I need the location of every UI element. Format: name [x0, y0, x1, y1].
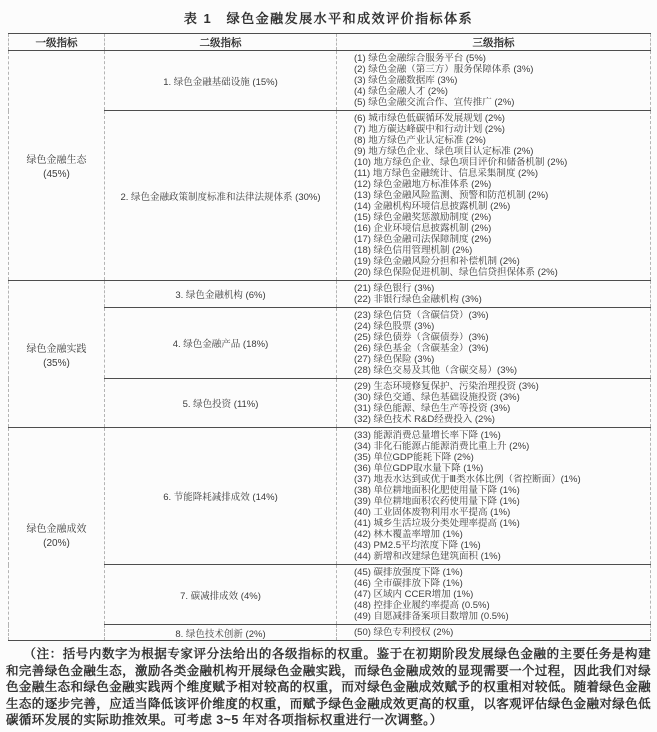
level3-indicator: (28) 绿色交易及其他（含碳交易）(3%) [354, 365, 648, 376]
level3-indicator: (15) 绿色金融奖惩激励制度 (2%) [354, 212, 648, 223]
level3-indicator: (44) 新增和改建绿色建筑面积 (1%) [354, 551, 648, 562]
table-row-block5: 5. 绿色投资 (11%) (29) 生态环境修复保护、污染治理投资 (3%)(… [9, 379, 651, 428]
level3-indicator: (3) 绿色金融数据库 (3%) [354, 75, 648, 86]
level1-cell-practice: 绿色金融实践 (35%) [9, 281, 105, 428]
level3-indicator: (11) 地方绿色金融统计、信息采集制度 (2%) [354, 168, 648, 179]
level1-label: 绿色金融生态 [9, 151, 104, 166]
level1-label: 绿色金融实践 [9, 340, 104, 355]
table-row-block6: 绿色金融成效 (20%) 6. 节能降耗减排成效 (14%) (33) 能源消费… [9, 428, 651, 565]
level3-indicator: (2) 绿色金融（第三方）服务保障体系 (3%) [354, 64, 648, 75]
level1-cell-effect: 绿色金融成效 (20%) [9, 428, 105, 641]
level1-weight: (45%) [9, 169, 104, 180]
level3-cell-policy: (6) 城市绿色低碳循环发展规划 (2%)(7) 地方碳达峰碳中和行动计划 (2… [337, 111, 651, 281]
level3-indicator: (8) 地方绿色产业认定标准 (2%) [354, 135, 648, 146]
column-header-level1: 一级指标 [9, 34, 105, 51]
level3-indicator: (13) 绿色金融风险监测、预警和防范机制 (2%) [354, 190, 648, 201]
column-header-level2: 二级指标 [105, 34, 337, 51]
level3-indicator: (26) 绿色基金（含碳基金）(3%) [354, 343, 648, 354]
level3-indicator: (50) 绿色专利授权 (2%) [354, 627, 648, 638]
level3-indicator: (9) 地方绿色企业、绿色项目认定标准 (2%) [354, 146, 648, 157]
level3-indicator: (27) 绿色保险 (3%) [354, 354, 648, 365]
table-row-block8: 8. 绿色技术创新 (2%) (50) 绿色专利授权 (2%) [9, 625, 651, 641]
level3-cell-tech-innovation: (50) 绿色专利授权 (2%) [337, 625, 651, 641]
level3-indicator: (33) 能源消费总量增长率下降 (1%) [354, 430, 648, 441]
level3-indicator: (10) 地方绿色企业、绿色项目评价和储备机制 (2%) [354, 157, 648, 168]
level2-cell-investment: 5. 绿色投资 (11%) [105, 379, 337, 428]
table-row-block4: 4. 绿色金融产品 (18%) (23) 绿色信贷（含碳信贷）(3%)(24) … [9, 308, 651, 379]
level1-label: 绿色金融成效 [9, 520, 104, 535]
level3-indicator: (32) 绿色技术 R&D经费投入 (2%) [354, 414, 648, 425]
level2-cell-energy-saving: 6. 节能降耗减排成效 (14%) [105, 428, 337, 565]
level3-indicator: (35) 单位GDP能耗下降 (2%) [354, 452, 648, 463]
level1-cell-ecology: 绿色金融生态 (45%) [9, 51, 105, 281]
level3-indicator: (6) 城市绿色低碳循环发展规划 (2%) [354, 113, 648, 124]
table-row-block1: 绿色金融生态 (45%) 1. 绿色金融基础设施 (15%) (1) 绿色金融综… [9, 51, 651, 111]
level3-indicator: (42) 林木覆盖率增加 (1%) [354, 529, 648, 540]
level1-weight: (35%) [9, 358, 104, 369]
level3-indicator: (38) 单位耕地面积化肥使用量下降 (1%) [354, 485, 648, 496]
level3-indicator: (24) 绿色股票 (3%) [354, 321, 648, 332]
level3-indicator: (49) 自愿减排备案项目数增加 (0.5%) [354, 611, 648, 622]
level2-cell-institutions: 3. 绿色金融机构 (6%) [105, 281, 337, 308]
level3-cell-institutions: (21) 绿色银行 (3%)(22) 非银行绿色金融机构 (3%) [337, 281, 651, 308]
level3-indicator: (48) 控排企业履约率提高 (0.5%) [354, 600, 648, 611]
table-row-block7: 7. 碳减排成效 (4%) (45) 碳排放强度下降 (1%)(46) 全市碳排… [9, 565, 651, 625]
level3-cell-carbon-reduction: (45) 碳排放强度下降 (1%)(46) 全市碳排放下降 (1%)(47) 区… [337, 565, 651, 625]
level3-indicator: (37) 地表水达到或优于Ⅲ类水体比例（省控断面）(1%) [354, 474, 648, 485]
level3-indicator: (5) 绿色金融交流合作、宣传推广 (2%) [354, 97, 648, 108]
level3-cell-products: (23) 绿色信贷（含碳信贷）(3%)(24) 绿色股票 (3%)(25) 绿色… [337, 308, 651, 379]
table-footnote: （注：括号内数字为根据专家评分法给出的各级指标的权重。鉴于在初期阶段发展绿色金融… [6, 646, 651, 729]
level3-cell-infrastructure: (1) 绿色金融综合服务平台 (5%)(2) 绿色金融（第三方）服务保障体系 (… [337, 51, 651, 111]
table-row-block2: 2. 绿色金融政策制度标准和法律法规体系 (30%) (6) 城市绿色低碳循环发… [9, 111, 651, 281]
column-header-level3: 三级指标 [337, 34, 651, 51]
level3-indicator: (47) 区域内 CCER增加 (1%) [354, 589, 648, 600]
level2-cell-infrastructure: 1. 绿色金融基础设施 (15%) [105, 51, 337, 111]
level3-indicator: (40) 工业固体废物利用水平提高 (1%) [354, 507, 648, 518]
level3-indicator: (29) 生态环境修复保护、污染治理投资 (3%) [354, 381, 648, 392]
level3-indicator: (21) 绿色银行 (3%) [354, 283, 648, 294]
level3-indicator: (18) 绿色信用管理机制 (2%) [354, 245, 648, 256]
level3-indicator: (22) 非银行绿色金融机构 (3%) [354, 294, 648, 305]
level3-indicator: (12) 绿色金融地方标准体系 (2%) [354, 179, 648, 190]
level3-indicator: (7) 地方碳达峰碳中和行动计划 (2%) [354, 124, 648, 135]
level3-indicator: (4) 绿色金融人才 (2%) [354, 86, 648, 97]
level2-cell-products: 4. 绿色金融产品 (18%) [105, 308, 337, 379]
level3-indicator: (31) 绿色能源、绿色生产等投资 (3%) [354, 403, 648, 414]
level3-indicator: (17) 绿色金融司法保障制度 (2%) [354, 234, 648, 245]
level3-indicator: (43) PM2.5平均浓度下降 (1%) [354, 540, 648, 551]
table-caption: 表 1 绿色金融发展水平和成效评价指标体系 [0, 0, 657, 27]
level3-indicator: (23) 绿色信贷（含碳信贷）(3%) [354, 310, 648, 321]
level3-indicator: (20) 绿色保险促进机制、绿色信贷担保体系 (2%) [354, 267, 648, 278]
level3-indicator: (30) 绿色交通、绿色基础设施投资 (3%) [354, 392, 648, 403]
level3-indicator: (19) 绿色金融风险分担和补偿机制 (2%) [354, 256, 648, 267]
level3-indicator: (46) 全市碳排放下降 (1%) [354, 578, 648, 589]
level2-cell-policy: 2. 绿色金融政策制度标准和法律法规体系 (30%) [105, 111, 337, 281]
table-row-block3: 绿色金融实践 (35%) 3. 绿色金融机构 (6%) (21) 绿色银行 (3… [9, 281, 651, 308]
level1-weight: (20%) [9, 538, 104, 549]
level2-cell-carbon-reduction: 7. 碳减排成效 (4%) [105, 565, 337, 625]
level3-indicator: (14) 金融机构环境信息披露机制 (2%) [354, 201, 648, 212]
level3-indicator: (41) 城乡生活垃圾分类处理率提高 (1%) [354, 518, 648, 529]
level3-indicator: (34) 非化石能源占能源消费比重上升 (2%) [354, 441, 648, 452]
level3-indicator: (36) 单位GDP取水量下降 (1%) [354, 463, 648, 474]
level3-indicator: (39) 单位耕地面积农药使用量下降 (1%) [354, 496, 648, 507]
level3-cell-investment: (29) 生态环境修复保护、污染治理投资 (3%)(30) 绿色交通、绿色基础设… [337, 379, 651, 428]
level3-indicator: (16) 企业环境信息披露机制 (2%) [354, 223, 648, 234]
level3-indicator: (25) 绿色债券（含碳债券）(3%) [354, 332, 648, 343]
header-row: 一级指标 二级指标 三级指标 [9, 34, 651, 51]
indicator-table: 一级指标 二级指标 三级指标 绿色金融生态 (45%) 1. 绿色金融基础设施 … [8, 33, 651, 641]
level2-cell-tech-innovation: 8. 绿色技术创新 (2%) [105, 625, 337, 641]
level3-indicator: (1) 绿色金融综合服务平台 (5%) [354, 53, 648, 64]
level3-indicator: (45) 碳排放强度下降 (1%) [354, 567, 648, 578]
level3-cell-energy-saving: (33) 能源消费总量增长率下降 (1%)(34) 非化石能源占能源消费比重上升… [337, 428, 651, 565]
